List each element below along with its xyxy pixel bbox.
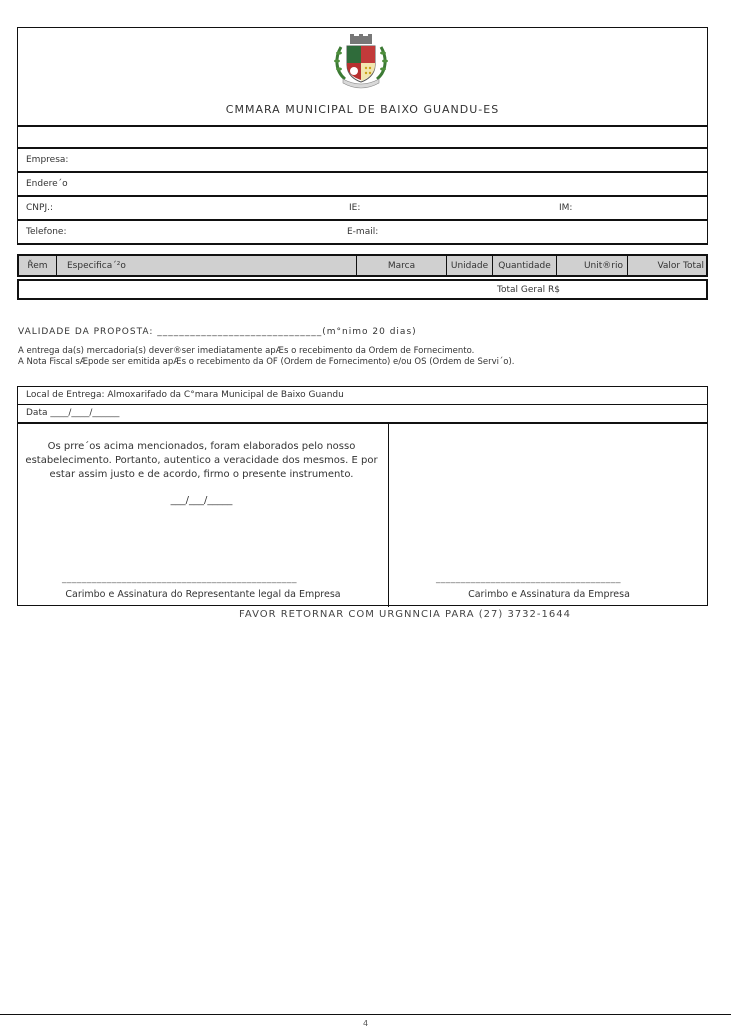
date-row: Data ____/____/______ xyxy=(18,405,707,424)
delivery-date: Data ____/____/______ xyxy=(26,408,119,418)
column-quantity: Quantidade xyxy=(493,256,557,275)
signature-label-right: Carimbo e Assinatura da Empresa xyxy=(389,589,709,600)
cnpj-label: CNPJ.: xyxy=(26,203,53,213)
proposal-validity: VALIDADE DA PROPOSTA: __________________… xyxy=(18,327,417,337)
column-brand: Marca xyxy=(357,256,447,275)
delivery-note: A entrega da(s) mercadoria(s) dever®ser … xyxy=(18,346,474,356)
blank-row xyxy=(17,125,708,148)
company-name-row: Empresa: xyxy=(17,147,708,172)
column-unit-price: Unit®rio xyxy=(557,256,628,275)
company-name-label: Empresa: xyxy=(26,155,68,165)
signature-line-right: _____________________________________ xyxy=(436,574,621,584)
column-specification: Especifica´²o xyxy=(57,256,357,275)
items-total-row: Total Geral R$ xyxy=(17,279,708,300)
address-row: Endere´o xyxy=(17,171,708,196)
column-total-value: Valor Total xyxy=(628,256,706,275)
ie-label: IE: xyxy=(349,203,360,213)
column-divider xyxy=(388,424,389,607)
declaration-date: ___/___/_____ xyxy=(24,494,379,508)
invoice-note: A Nota Fiscal sÆpode ser emitida apÆs o … xyxy=(18,357,514,367)
delivery-signature-box: Local de Entrega: Almoxarifado da C°mara… xyxy=(17,386,708,606)
footer-divider xyxy=(0,1014,731,1015)
address-label: Endere´o xyxy=(26,179,68,189)
declaration-body: Os prre´os acima mencionados, foram elab… xyxy=(24,440,379,482)
signature-label-left: Carimbo e Assinatura do Representante le… xyxy=(18,589,388,600)
items-table-header: Řem Especifica´²o Marca Unidade Quantida… xyxy=(17,254,708,277)
declaration-text: Os prre´os acima mencionados, foram elab… xyxy=(24,440,379,508)
page-number: 4 xyxy=(0,1019,731,1028)
tax-ids-row: CNPJ.: IE: IM: xyxy=(17,195,708,220)
email-label: E-mail: xyxy=(347,227,378,237)
column-unit: Unidade xyxy=(447,256,493,275)
phone-label: Telefone: xyxy=(26,227,67,237)
organization-title: CMMARA MUNICIPAL DE BAIXO GUANDU-ES xyxy=(17,103,708,116)
im-label: IM: xyxy=(559,203,572,213)
contact-row: Telefone: E-mail: xyxy=(17,219,708,245)
signature-line-left: ________________________________________… xyxy=(62,574,297,584)
column-item: Řem xyxy=(19,256,57,275)
grand-total-label: Total Geral R$ xyxy=(497,285,560,295)
return-notice: FAVOR RETORNAR COM URGNNCIA PARA (27) 37… xyxy=(0,609,731,620)
coat-of-arms-icon xyxy=(331,33,391,91)
delivery-location: Local de Entrega: Almoxarifado da C°mara… xyxy=(26,390,344,400)
delivery-location-row: Local de Entrega: Almoxarifado da C°mara… xyxy=(18,387,707,405)
